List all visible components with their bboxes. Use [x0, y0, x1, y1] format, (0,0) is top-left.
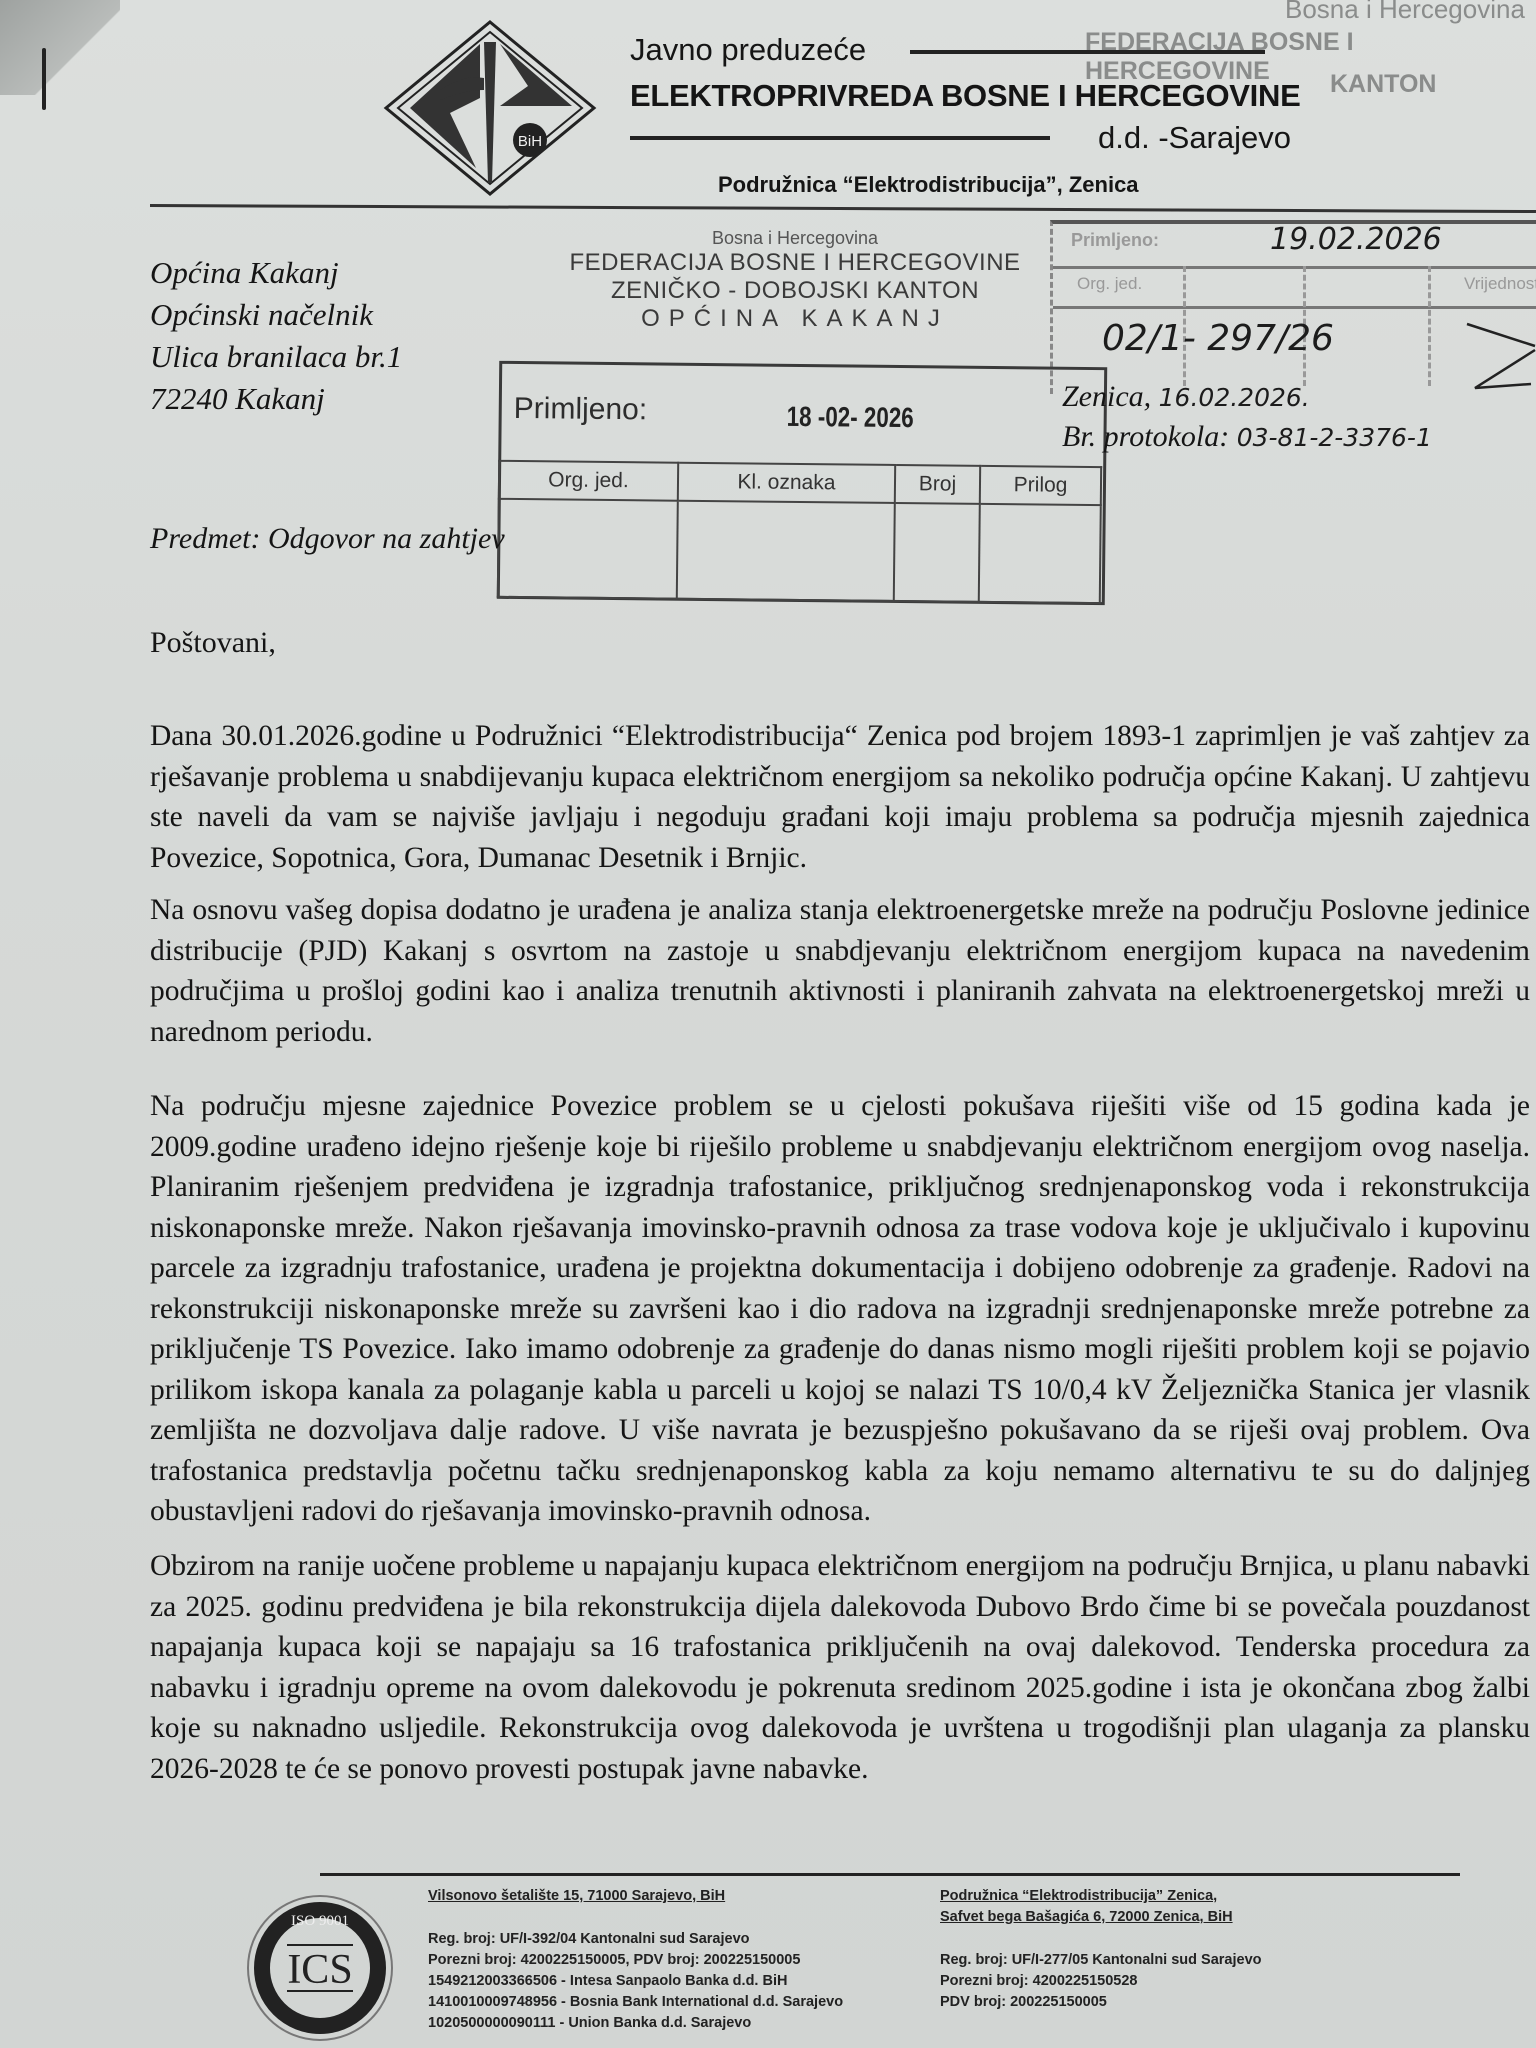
letterhead-legal-form: d.d. -Sarajevo [1098, 120, 1291, 156]
handwritten-received-date: 19.02.2026 [1270, 222, 1442, 257]
pen-mark [42, 48, 46, 110]
received-stamp-box: Primljeno: 18 -02- 2026 Org. jed. Kl. oz… [497, 361, 1107, 605]
municipal-stamp: Bosna i Hercegovina FEDERACIJA BOSNE I H… [560, 228, 1030, 333]
letterhead-branch: Podružnica “Elektrodistribucija”, Zenica [718, 172, 1139, 198]
iso-certification-icon: ISO 9001 ICS [245, 1893, 395, 2043]
letterhead-rule [630, 136, 1050, 140]
body-paragraph: Dana 30.01.2026.godine u Podružnici “Ele… [150, 716, 1530, 878]
received-date: 18 -02- 2026 [787, 401, 914, 434]
recipient-address: Općina Kakanj Općinski načelnik Ulica br… [150, 252, 402, 420]
body-paragraph: Na osnovu vašeg dopisa dodatno je urađen… [150, 890, 1530, 1052]
svg-text:ICS: ICS [287, 1947, 352, 1993]
page-corner-shadow [0, 0, 120, 95]
footer-branch: Podružnica “Elektrodistribucija” Zenica,… [940, 1886, 1262, 2013]
handwritten-registry-number: 02/1- 297/26 [1102, 318, 1334, 359]
handwritten-check-icon [1465, 320, 1536, 390]
letterhead-line1: Javno preduzeće [630, 32, 866, 68]
footer-headquarters: Vilsonovo šetalište 15, 71000 Sarajevo, … [428, 1886, 843, 2034]
svg-text:ISO 9001: ISO 9001 [291, 1913, 349, 1929]
header-divider [150, 204, 1536, 213]
footer-divider [320, 1873, 1460, 1876]
place-date: Zenica, 16.02.2026. [1062, 380, 1310, 414]
protocol-number: Br. protokola: 03-81-2-3376-1 [1062, 420, 1432, 454]
svg-text:BiH: BiH [518, 133, 542, 150]
subject-line: Predmet: Odgovor na zahtjev [150, 522, 505, 556]
received-stamp-table: Org. jed. Kl. oznaka Broj Prilog [497, 460, 1102, 604]
body-paragraph: Obzirom na ranije uočene probleme u napa… [150, 1546, 1530, 1789]
company-logo-icon: BiH [380, 18, 600, 198]
body-paragraph: Na području mjesne zajednice Povezice pr… [150, 1086, 1530, 1532]
greeting: Poštovani, [150, 626, 276, 660]
